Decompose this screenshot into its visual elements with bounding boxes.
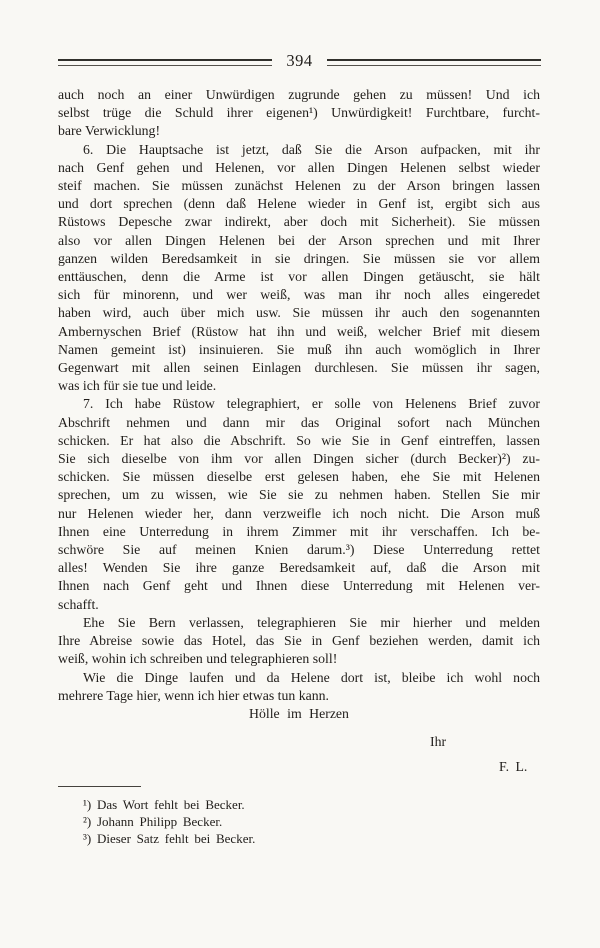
text-line: nur Helenen wieder her, dann verzweifle … [58,505,540,523]
body-lines: auch noch an einer Unwürdigen zugrunde g… [58,86,540,705]
text-line: enttäuschen, denn die Arme ist vor allen… [58,268,540,286]
text-line: Wie die Dinge laufen und da Helene dort … [58,669,540,687]
text-line: ganzen wilden Beredsamkeit in sie dringe… [58,250,540,268]
text-line: 6. Die Hauptsache ist jetzt, daß Sie die… [58,141,540,159]
text-line: selbst trüge die Schuld ihrer eigenen¹) … [58,104,540,122]
page-number: 394 [272,53,326,70]
text-line: Ihre Abreise sowie das Hotel, das Sie in… [58,632,540,650]
closing-valediction: Ihr [58,733,540,751]
text-line: Namen gemeint ist) insinuieren. Sie muß … [58,341,540,359]
text-line: Ihnen nach Genf geht und Ihnen diese Unt… [58,577,540,595]
header-rule-left [58,59,272,66]
text-line: Ambernyschen Brief (Rüstow hat ihn und w… [58,323,540,341]
text-line: schicken. Er hat also die Abschrift. So … [58,432,540,450]
book-page: 394 auch noch an einer Unwürdigen zugrun… [0,0,600,948]
footnote-block: ¹) Das Wort fehlt bei Becker.²) Johann P… [58,786,540,848]
header-rule-right [327,59,541,66]
text-line: Rüstows Depesche zwar indirekt, aber doc… [58,213,540,231]
text-line: auch noch an einer Unwürdigen zugrunde g… [58,86,540,104]
letter-body: auch noch an einer Unwürdigen zugrunde g… [58,86,540,848]
text-line: Abschrift nehmen und dann mir das Origin… [58,414,540,432]
text-line: schafft. [58,596,540,614]
page-header: 394 [58,50,541,74]
text-line: was ich für sie tue und leide. [58,377,540,395]
footnote: ²) Johann Philipp Becker. [58,813,540,830]
text-line: Gegenwart mit allen seinen Einlagen durc… [58,359,540,377]
text-line: und dort sprechen (denn daß Helene wiede… [58,195,540,213]
closing-phrase: Hölle im Herzen [58,705,540,723]
text-line: weiß, wohin ich schreiben und telegraphi… [58,650,540,668]
text-line: Ehe Sie Bern verlassen, telegraphieren S… [58,614,540,632]
text-line: schwöre Sie auf meinen Knien darum.³) Di… [58,541,540,559]
text-line: Sie sich dieselbe von ihm vor allen Ding… [58,450,540,468]
text-line: 7. Ich habe Rüstow telegraphiert, er sol… [58,395,540,413]
footnote: ³) Dieser Satz fehlt bei Becker. [58,830,540,847]
text-line: schicken. Sie müssen dieselbe erst geles… [58,468,540,486]
text-line: mehrere Tage hier, wenn ich hier etwas t… [58,687,540,705]
footnote: ¹) Das Wort fehlt bei Becker. [58,796,540,813]
closing-signature: F. L. [58,758,540,776]
text-line: haben wird, auch über mich usw. Sie müss… [58,304,540,322]
text-line: Ihnen eine Unterredung in ihrem Zimmer m… [58,523,540,541]
text-line: sich für minorenn, und wer weiß, was man… [58,286,540,304]
text-line: also vor allen Dingen Helenen bei der Ar… [58,232,540,250]
text-line: steif machen. Sie müssen zunächst Helene… [58,177,540,195]
text-line: nach Genf gehen und Helenen, vor allen D… [58,159,540,177]
text-line: alles! Wenden Sie ihre ganze Beredsamkei… [58,559,540,577]
text-line: bare Verwicklung! [58,122,540,140]
footnote-list: ¹) Das Wort fehlt bei Becker.²) Johann P… [58,796,540,848]
text-line: sprechen, um zu wissen, wie Sie sie zu n… [58,486,540,504]
footnote-rule [58,786,141,787]
